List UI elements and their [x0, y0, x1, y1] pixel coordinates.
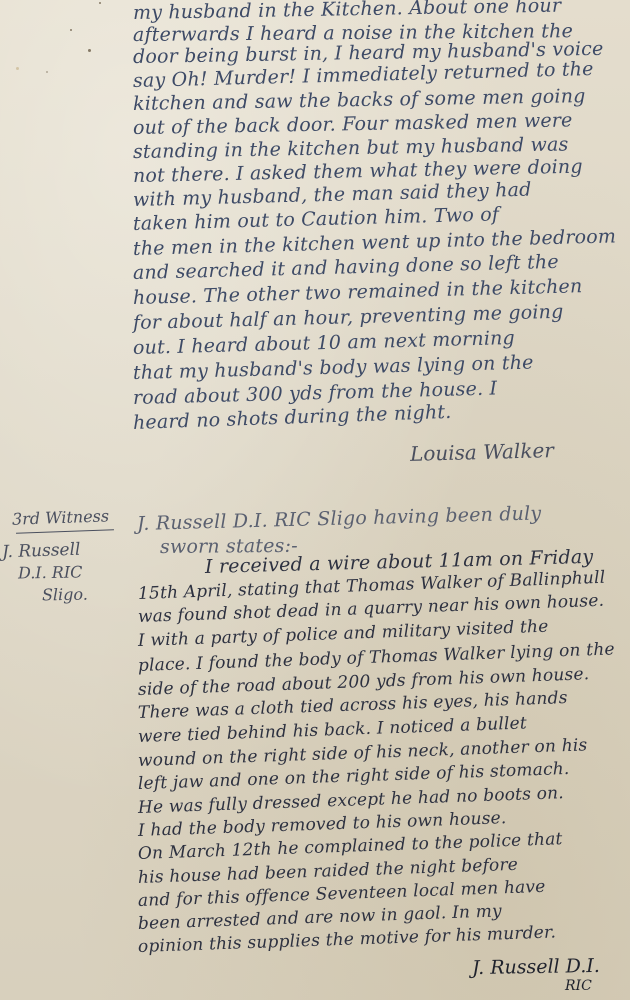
- paper-speck: [88, 49, 91, 52]
- paper-speck: [99, 2, 101, 4]
- paper-speck: [16, 67, 19, 70]
- signature-louisa-walker: Louisa Walker: [410, 438, 554, 466]
- signature-ric: RIC: [565, 978, 592, 994]
- paper-speck: [46, 71, 48, 73]
- signature-j-russell: J. Russell D.I.: [472, 955, 600, 979]
- document-page: my husband in the Kitchen. About one hou…: [0, 0, 630, 1000]
- margin-line: D.I. RIC: [18, 562, 83, 583]
- statement-2-line: J. Russell D.I. RIC Sligo having been du…: [137, 500, 627, 535]
- margin-underline: [16, 529, 114, 533]
- margin-line: J. Russell: [2, 540, 81, 563]
- paper-speck: [70, 29, 72, 31]
- margin-line: Sligo.: [42, 585, 88, 606]
- margin-heading-3rd-witness: 3rd Witness: [12, 506, 110, 529]
